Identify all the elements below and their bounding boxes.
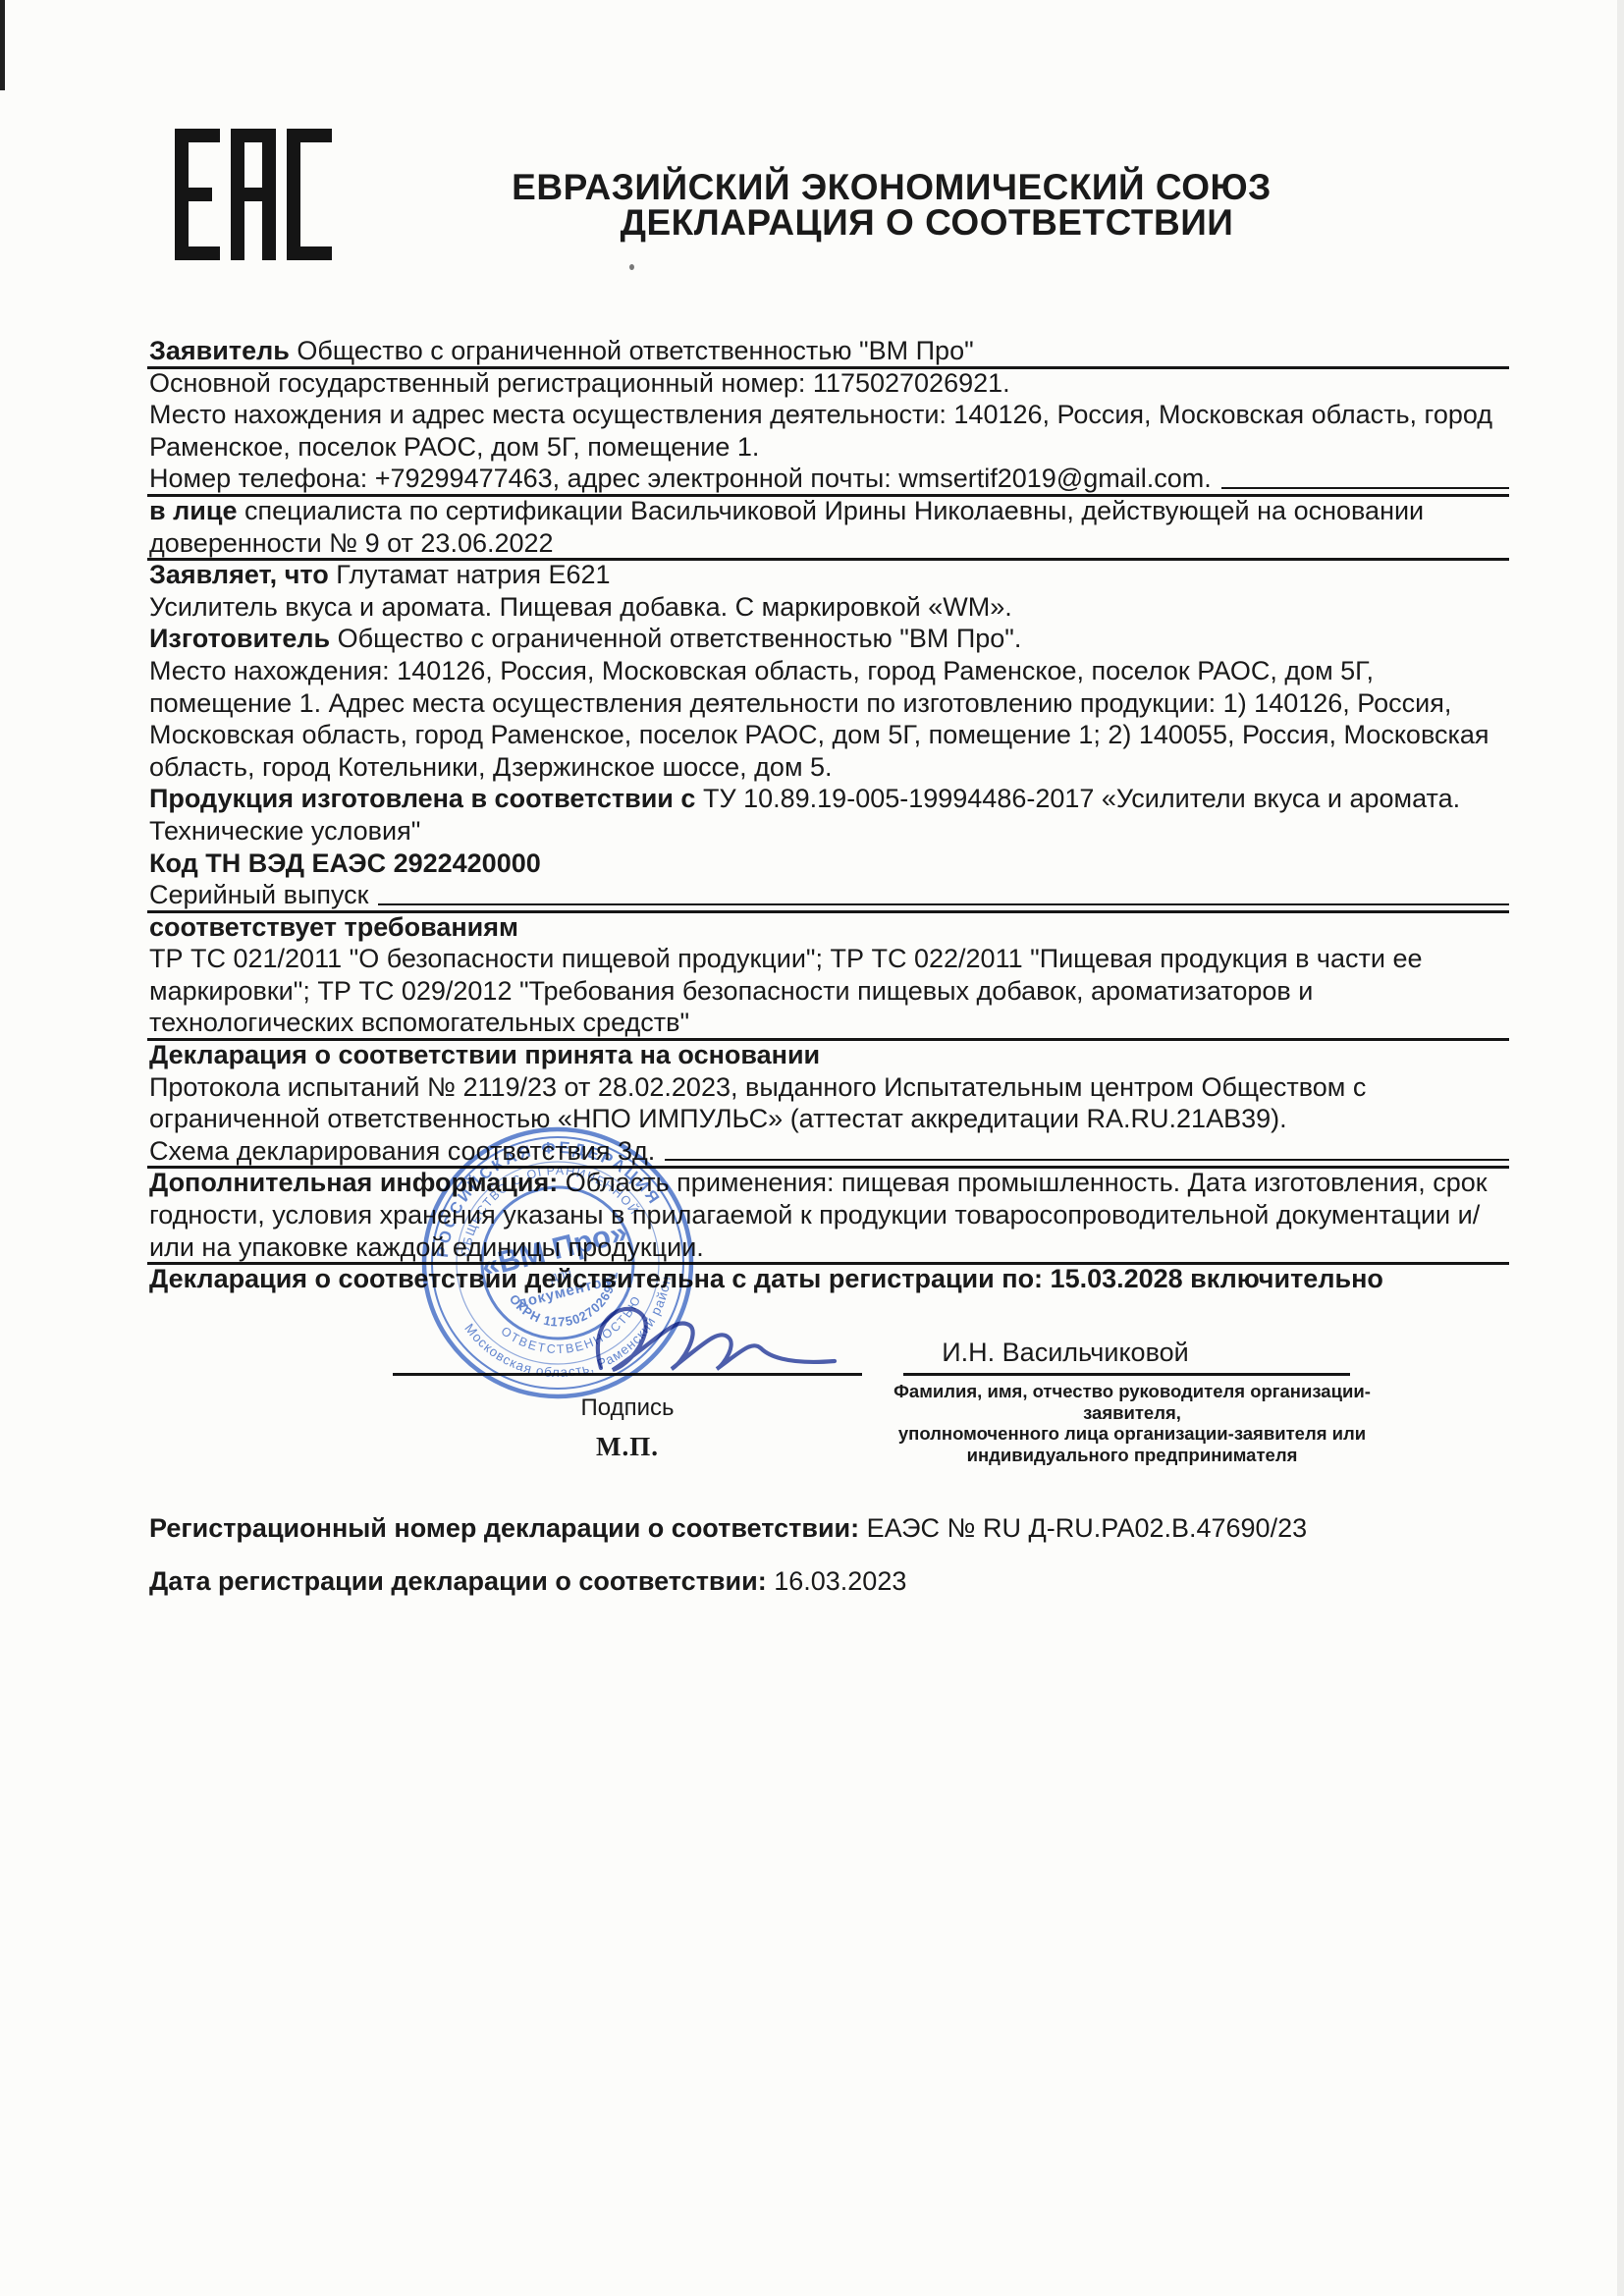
manufacturer-label: Изготовитель	[149, 624, 330, 653]
registration-number-value: ЕАЭС № RU Д-RU.РА02.В.47690/23	[867, 1513, 1307, 1543]
tnved-line: Код ТН ВЭД ЕАЭС 2922420000	[149, 847, 1509, 880]
complies-heading: соответствует требованиям	[149, 911, 1509, 944]
signer-description-line1: Фамилия, имя, отчество руководителя орга…	[877, 1381, 1387, 1423]
rule-filler	[378, 903, 1509, 905]
manufacturer-value: Общество с ограниченной ответственностью…	[338, 624, 1022, 653]
serial-value: Серийный выпуск	[149, 879, 368, 911]
manufacturer-address-line: Место нахождения: 140126, Россия, Москов…	[149, 655, 1509, 783]
tnved-label: Код ТН ВЭД ЕАЭС	[149, 848, 386, 878]
contacts-line: Номер телефона: +79299477463, адрес элек…	[149, 463, 1509, 495]
ogrn-line: Основной государственный регистрационный…	[149, 367, 1509, 400]
document-page: ЕВРАЗИЙСКИЙ ЭКОНОМИЧЕСКИЙ СОЮЗ ДЕКЛАРАЦИ…	[0, 0, 1624, 2296]
rule-filler	[1221, 487, 1509, 489]
stamp-place-caption: М.П.	[393, 1432, 862, 1462]
declares-value: Глутамат натрия Е621	[336, 560, 610, 589]
applicant-label: Заявитель	[149, 336, 290, 365]
registration-date-label: Дата регистрации декларации о соответств…	[149, 1566, 767, 1596]
basis-heading: Декларация о соответствии принята на осн…	[149, 1039, 1509, 1071]
rule-filler	[665, 1159, 1509, 1161]
contacts-value: Номер телефона: +79299477463, адрес элек…	[149, 463, 1212, 495]
registration-number-label: Регистрационный номер декларации о соотв…	[149, 1513, 859, 1543]
applicant-value: Общество с ограниченной ответственностью…	[297, 336, 973, 365]
basis-text: Протокола испытаний № 2119/23 от 28.02.2…	[149, 1071, 1509, 1135]
declaration-body: Заявитель Общество с ограниченной ответс…	[149, 335, 1509, 1295]
additional-info-line: Дополнительная информация: Область приме…	[149, 1167, 1509, 1263]
registration-date-value: 16.03.2023	[774, 1566, 906, 1596]
accordance-line: Продукция изготовлена в соответствии с Т…	[149, 783, 1509, 847]
tnved-value: 2922420000	[394, 848, 541, 878]
scheme-line: Схема декларирования соответствия 3д.	[149, 1135, 1509, 1168]
complies-text: ТР ТС 021/2011 "О безопасности пищевой п…	[149, 943, 1509, 1039]
eac-logo-icon	[175, 129, 332, 260]
signer-description-line2: уполномоченного лица организации-заявите…	[877, 1423, 1387, 1445]
page-title: ДЕКЛАРАЦИЯ О СООТВЕТСТВИИ	[448, 202, 1406, 244]
declares-label: Заявляет, что	[149, 560, 329, 589]
signer-description: Фамилия, имя, отчество руководителя орга…	[877, 1381, 1387, 1465]
registration-number-line: Регистрационный номер декларации о соотв…	[149, 1513, 1307, 1544]
signer-name: И.Н. Васильчиковой	[918, 1338, 1213, 1368]
product-description-line: Усилитель вкуса и аромата. Пищевая добав…	[149, 591, 1509, 624]
declares-line: Заявляет, что Глутамат натрия Е621	[149, 559, 1509, 591]
representative-line: в лице специалиста по сертификации Васил…	[149, 495, 1509, 559]
registration-date-line: Дата регистрации декларации о соответств…	[149, 1566, 906, 1597]
signer-description-line3: индивидуального предпринимателя	[877, 1445, 1387, 1466]
representative-label: в лице	[149, 496, 237, 525]
address-line: Место нахождения и адрес места осуществл…	[149, 399, 1509, 463]
representative-value: специалиста по сертификации Васильчиково…	[149, 496, 1424, 558]
scan-artifact-dot	[629, 264, 634, 270]
scan-artifact-left-edge	[0, 0, 5, 90]
accordance-label: Продукция изготовлена в соответствии с	[149, 784, 695, 813]
scan-artifact-right-edge	[1617, 0, 1624, 2296]
signature-scribble	[550, 1282, 884, 1390]
serial-line: Серийный выпуск	[149, 879, 1509, 911]
manufacturer-line: Изготовитель Общество с ограниченной отв…	[149, 623, 1509, 655]
signer-name-line	[903, 1373, 1350, 1376]
applicant-line: Заявитель Общество с ограниченной ответс…	[149, 335, 1509, 367]
